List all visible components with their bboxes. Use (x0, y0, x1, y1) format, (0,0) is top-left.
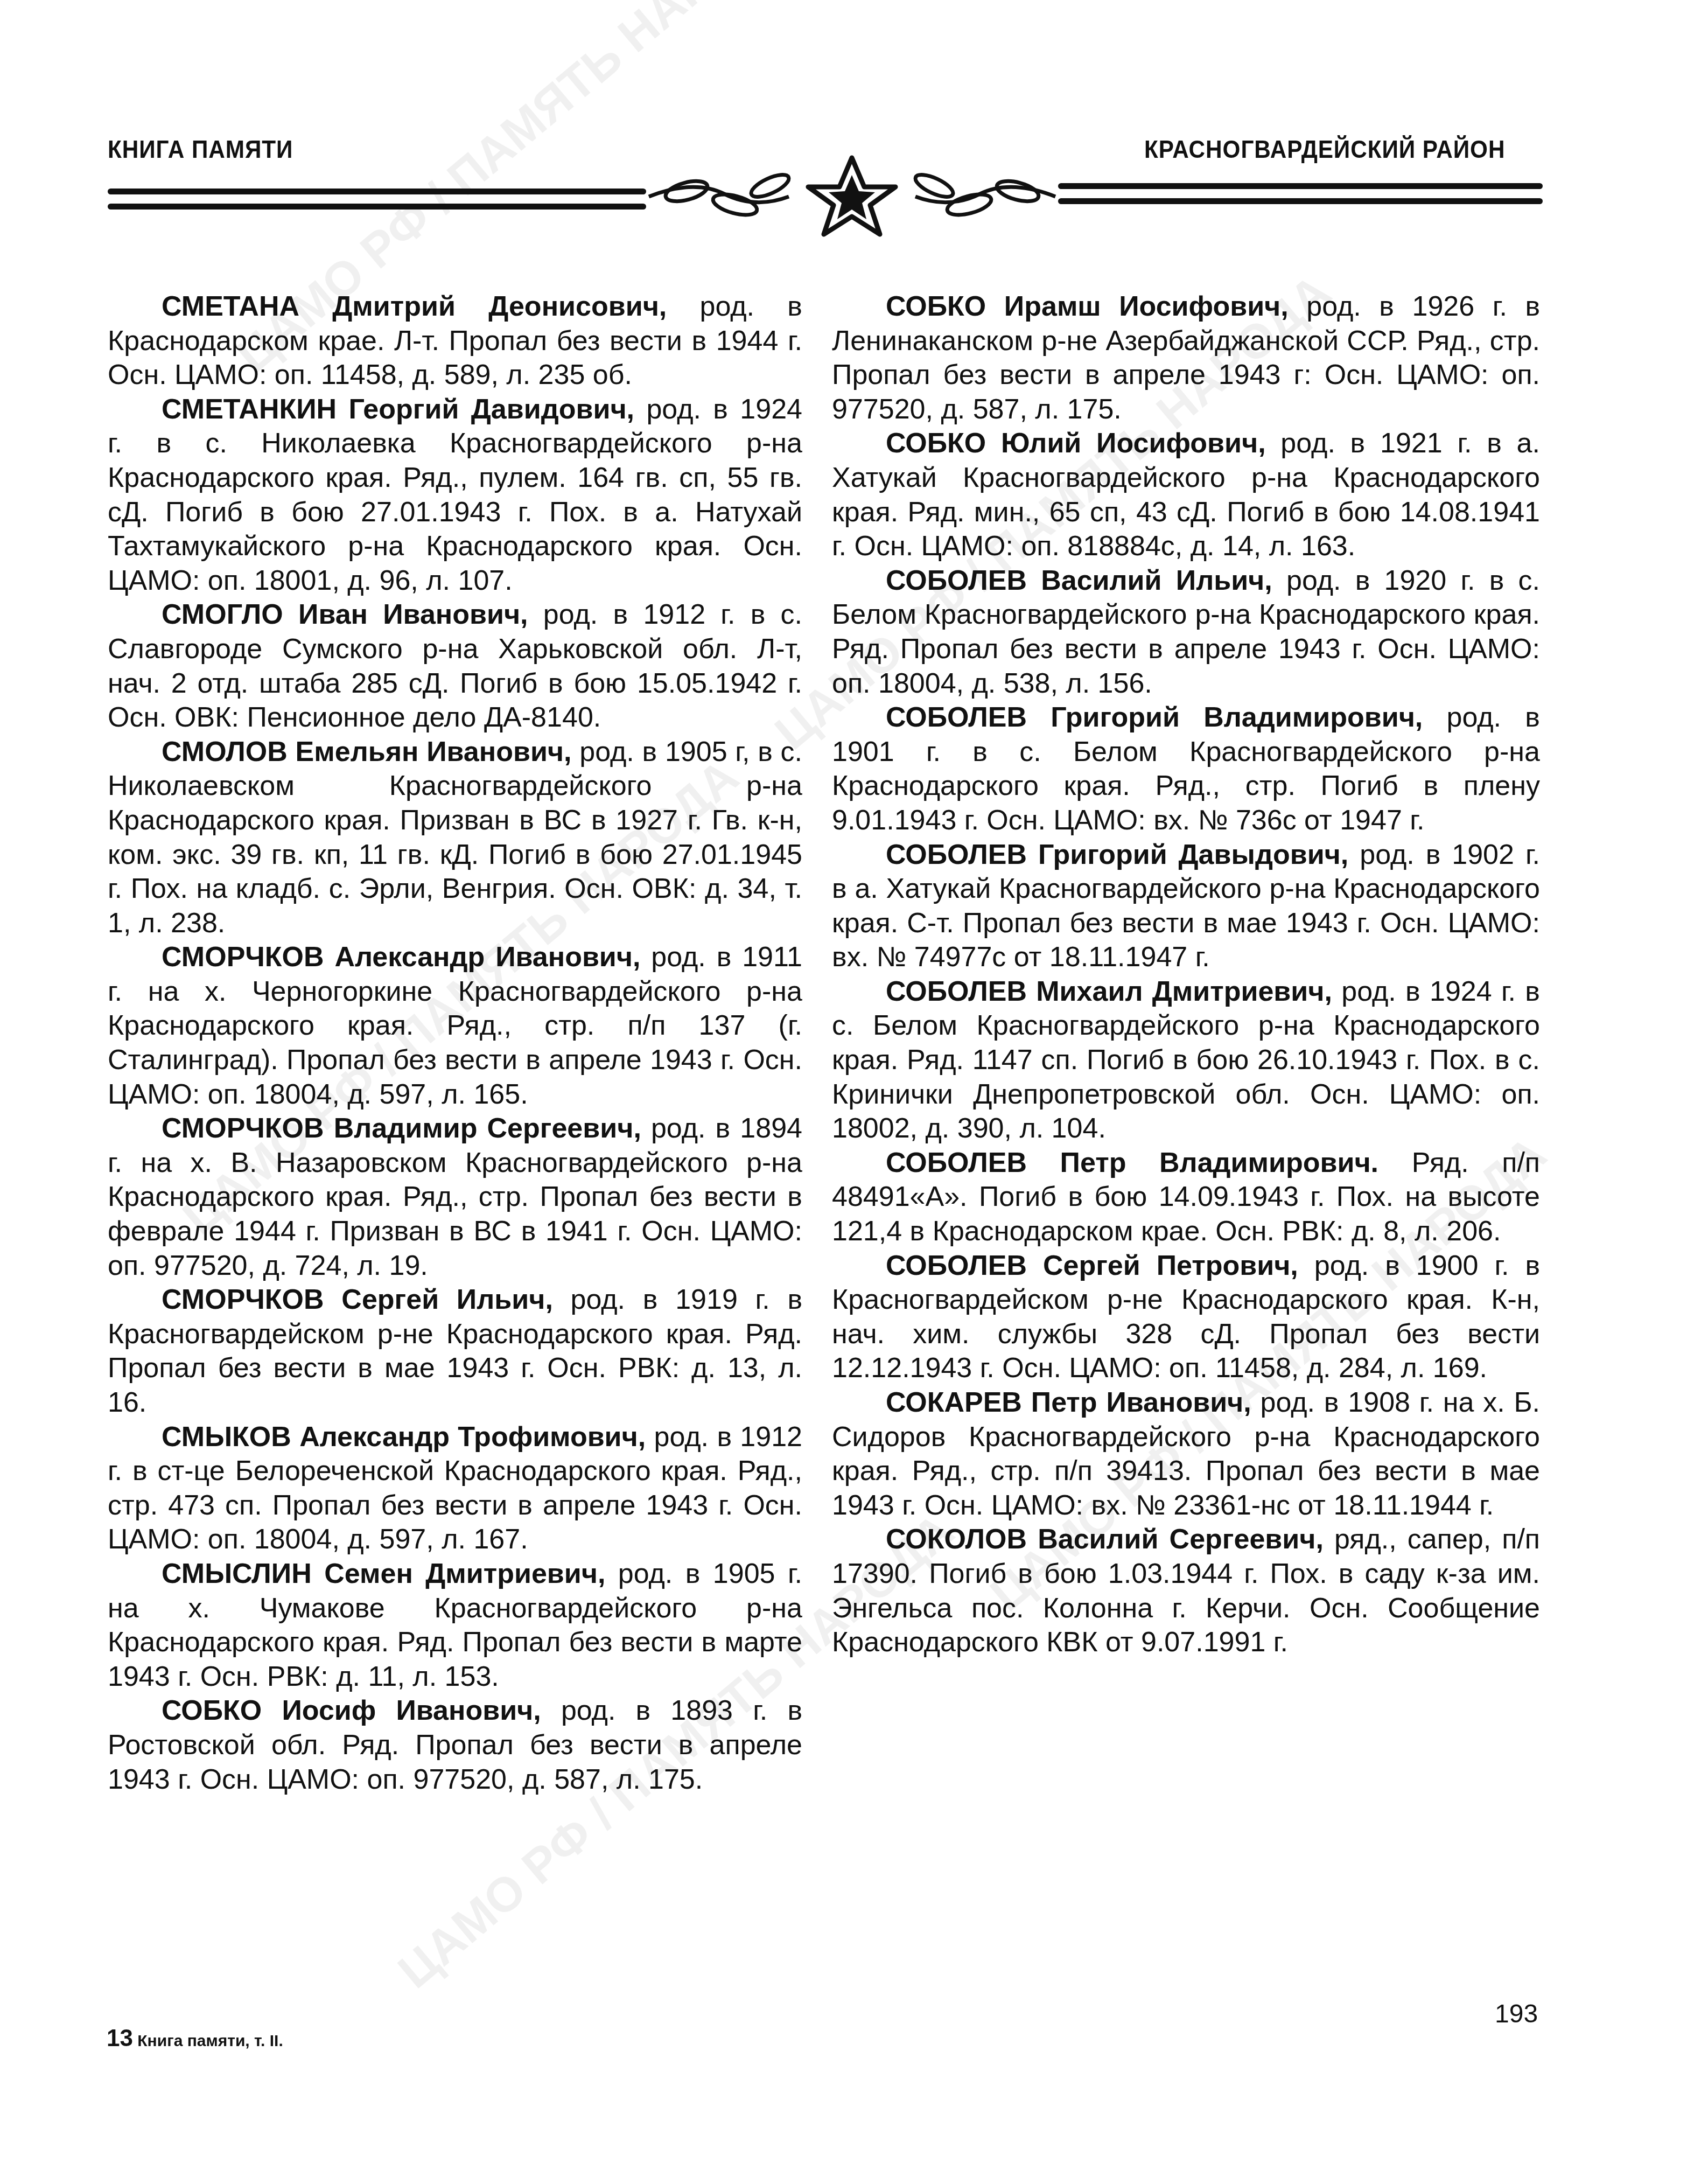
running-header-right: КРАСНОГВАРДЕЙСКИЙ РАЙОН (1144, 135, 1505, 164)
entry-surname: СОБОЛЕВ (886, 976, 1027, 1007)
star-with-laurel-icon (643, 153, 1061, 240)
memorial-entry: СМЫКОВ Александр Трофимович, род. в 1912… (108, 1420, 802, 1557)
memorial-entry: СМОГЛО Иван Иванович, род. в 1912 г. в с… (108, 598, 802, 735)
memorial-entry: СМОРЧКОВ Владимир Сергеевич, род. в 1894… (108, 1112, 802, 1283)
entry-given-name: Сергей Ильич, (341, 1284, 553, 1315)
header-rule (108, 189, 646, 194)
entry-given-name: Григорий Владимирович, (1051, 702, 1423, 733)
column-right: СОБКО Ирамш Иосифович, род. в 1926 г. в … (832, 290, 1540, 1660)
entry-given-name: Ирамш Иосифович, (1004, 291, 1289, 322)
entry-given-name: Дмитрий Деонисович, (332, 291, 667, 322)
memorial-entry: СОБОЛЕВ Михаил Дмитриевич, род. в 1924 г… (832, 975, 1540, 1146)
memorial-entry: СОБОЛЕВ Григорий Давыдович, род. в 1902 … (832, 838, 1540, 975)
memorial-entry: СОБОЛЕВ Григорий Владимирович, род. в 19… (832, 701, 1540, 838)
entry-surname: СОКАРЕВ (886, 1387, 1022, 1418)
entry-given-name: Сергей Петрович, (1043, 1250, 1298, 1281)
entry-surname: СОБОЛЕВ (886, 565, 1027, 596)
entry-given-name: Семен Дмитриевич, (324, 1558, 605, 1589)
entry-surname: СОБОЛЕВ (886, 1250, 1027, 1281)
header-rule (1058, 198, 1543, 204)
entry-surname: СМЫКОВ (162, 1421, 291, 1453)
entry-surname: СМОРЧКОВ (162, 941, 324, 973)
memorial-entry: СМОРЧКОВ Александр Иванович, род. в 1911… (108, 940, 802, 1112)
entry-surname: СОБОЛЕВ (886, 839, 1027, 870)
entry-given-name: Георгий Давидович, (349, 394, 635, 425)
signature-number: 13 (107, 2025, 133, 2052)
memorial-entry: СМОРЧКОВ Сергей Ильич, род. в 1919 г. в … (108, 1283, 802, 1420)
entry-given-name: Петр Иванович, (1031, 1387, 1251, 1418)
memorial-entry: СОБОЛЕВ Василий Ильич, род. в 1920 г. в … (832, 564, 1540, 701)
entry-surname: СМЕТАНА (162, 291, 299, 322)
entry-surname: СОБОЛЕВ (886, 1147, 1027, 1178)
entry-given-name: Александр Трофимович, (299, 1421, 646, 1453)
entry-given-name: Григорий Давыдович, (1038, 839, 1348, 870)
signature-text: Книга памяти, т. II. (137, 2032, 283, 2050)
entry-surname: СМОРЧКОВ (162, 1284, 324, 1315)
entry-given-name: Владимир Сергеевич, (334, 1113, 641, 1144)
entry-surname: СМОГЛО (162, 599, 283, 630)
entry-surname: СМЕТАНКИН (162, 394, 337, 425)
entry-given-name: Петр Владимирович. (1060, 1147, 1378, 1178)
entry-surname: СОБОЛЕВ (886, 702, 1027, 733)
memorial-entry: СМЕТАНКИН Георгий Давидович, род. в 1924… (108, 393, 802, 598)
entry-given-name: Михаил Дмитриевич, (1036, 976, 1332, 1007)
memorial-entry: СОБОЛЕВ Петр Владимирович. Ряд. п/п 4849… (832, 1146, 1540, 1249)
memorial-entry: СОБОЛЕВ Сергей Петрович, род. в 1900 г. … (832, 1249, 1540, 1386)
entry-given-name: Емельян Иванович, (296, 736, 572, 767)
entry-given-name: Юлий Иосифович, (1001, 428, 1266, 459)
entry-surname: СОБКО (162, 1695, 262, 1726)
memorial-entry: СМЫСЛИН Семен Дмитриевич, род. в 1905 г.… (108, 1557, 802, 1694)
entry-surname: СОКОЛОВ (886, 1524, 1027, 1555)
memorial-entry: СОБКО Юлий Иосифович, род. в 1921 г. в а… (832, 427, 1540, 563)
memorial-entry: СОКОЛОВ Василий Сергеевич, ряд., сапер, … (832, 1523, 1540, 1659)
entry-surname: СОБКО (886, 428, 986, 459)
memorial-entry: СОБКО Иосиф Иванович, род. в 1893 г. в Р… (108, 1694, 802, 1797)
memorial-entry: СМОЛОВ Емельян Иванович, род. в 1905 г, … (108, 735, 802, 941)
column-left: СМЕТАНА Дмитрий Деонисович, род. в Красн… (108, 290, 802, 1797)
entry-given-name: Василий Ильич, (1041, 565, 1272, 596)
memorial-entry: СОКАРЕВ Петр Иванович, род. в 1908 г. на… (832, 1386, 1540, 1523)
entry-surname: СМОЛОВ (162, 736, 288, 767)
page-number: 193 (1495, 1999, 1538, 2029)
running-header-left: КНИГА ПАМЯТИ (108, 135, 293, 164)
memorial-entry: СМЕТАНА Дмитрий Деонисович, род. в Красн… (108, 290, 802, 393)
memorial-entry: СОБКО Ирамш Иосифович, род. в 1926 г. в … (832, 290, 1540, 427)
signature-mark: 13 Книга памяти, т. II. (107, 2025, 283, 2052)
entry-surname: СМЫСЛИН (162, 1558, 312, 1589)
entry-given-name: Александр Иванович, (334, 941, 640, 973)
entry-surname: СМОРЧКОВ (162, 1113, 324, 1144)
header-rule (108, 204, 646, 210)
entry-given-name: Василий Сергеевич, (1038, 1524, 1324, 1555)
entry-given-name: Иосиф Иванович, (282, 1695, 541, 1726)
entry-surname: СОБКО (886, 291, 986, 322)
entry-given-name: Иван Иванович, (298, 599, 528, 630)
header-rule (1058, 183, 1543, 189)
